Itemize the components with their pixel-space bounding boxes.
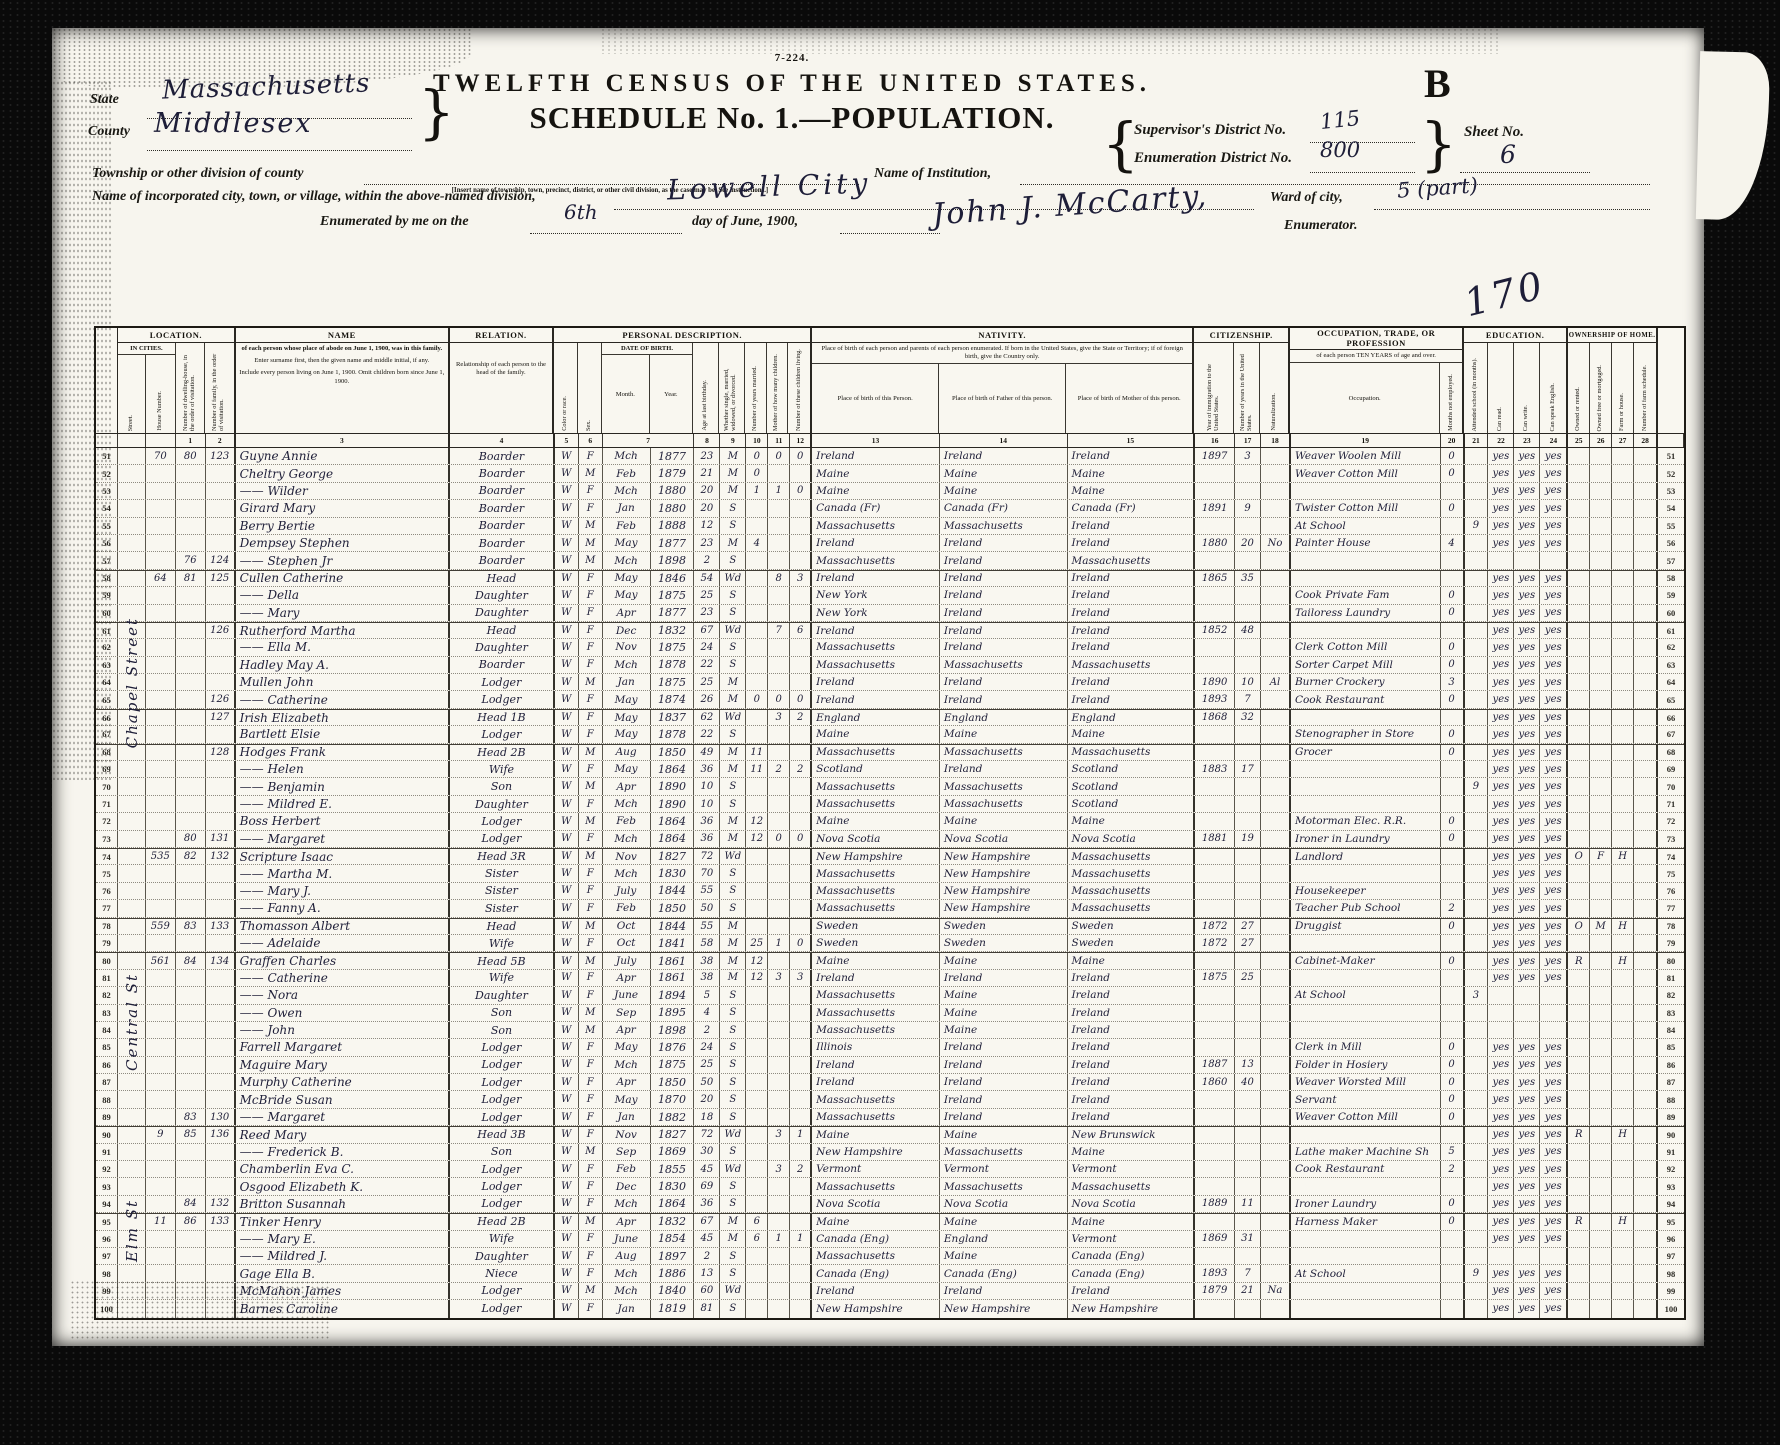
cell-na: [1261, 1144, 1291, 1160]
cell-mc: [768, 465, 790, 481]
cell-s: F: [579, 483, 603, 499]
cell-age: 25: [694, 1057, 720, 1073]
cell-name: —— Mary: [236, 605, 450, 621]
cell-cl: [790, 883, 812, 899]
enumerated-line1: [530, 233, 682, 234]
cell-own: O: [1568, 849, 1590, 864]
cell-en: yes: [1540, 953, 1568, 968]
cell-age: 72: [694, 849, 720, 864]
cell-mn: [1441, 518, 1465, 534]
cell-dw: [176, 1144, 206, 1160]
cell-na: [1261, 1248, 1291, 1264]
immigration-year-col-label: Year of immigration to the United States…: [1207, 347, 1221, 431]
cell-age: 24: [694, 1039, 720, 1055]
cell-own: [1568, 831, 1590, 847]
cell-c: W: [555, 831, 579, 847]
cell-st: [118, 900, 146, 916]
cell-ym: [746, 849, 768, 864]
cell-ym: [746, 1196, 768, 1212]
cell-en: yes: [1540, 518, 1568, 534]
cell-yu: 35: [1235, 571, 1261, 586]
cell-yr: 1827: [651, 1127, 695, 1142]
cell-pb: Canada (Eng): [812, 1231, 940, 1247]
cell-na: [1261, 1178, 1291, 1194]
cell-na: [1261, 1300, 1291, 1317]
column-number: 23: [1514, 434, 1540, 447]
cell-rd: yes: [1488, 1144, 1514, 1160]
cell-hn: [146, 710, 176, 725]
cell-mo: Apr: [603, 1074, 651, 1090]
cell-im: 1883: [1195, 761, 1235, 777]
cell-own: [1568, 1300, 1590, 1317]
cell-mn: 0: [1441, 831, 1465, 847]
cell-ym: [746, 500, 768, 516]
column-number: 28: [1634, 434, 1658, 447]
cell-lnr: 98: [1658, 1265, 1684, 1281]
cell-pf: Maine: [940, 1248, 1068, 1264]
cell-sc: [1465, 483, 1489, 499]
cell-sc: [1465, 865, 1489, 881]
cell-pb: Massachusetts: [812, 1091, 940, 1107]
cell-fs: [1634, 1178, 1658, 1194]
cell-rel: Boarder: [450, 657, 555, 673]
cell-ym: 6: [746, 1231, 768, 1247]
cell-rd: yes: [1488, 849, 1514, 864]
cell-na: [1261, 1196, 1291, 1212]
relation-header: RELATION.: [450, 328, 552, 343]
month-col-label: Month.: [602, 355, 650, 433]
cell-own: [1568, 745, 1590, 760]
cell-wr: [1514, 1022, 1540, 1038]
cell-mc: 2: [768, 761, 790, 777]
cell-lnr: 84: [1658, 1022, 1684, 1038]
cell-s: M: [579, 518, 603, 534]
cell-pb: Canada (Fr): [812, 500, 940, 516]
cell-sc: [1465, 1005, 1489, 1021]
pob-mother-col-label: Place of birth of Mother of this person.: [1066, 364, 1192, 433]
cell-name: —— Ella M.: [236, 639, 450, 655]
cell-own: [1568, 1231, 1590, 1247]
cell-rel: Head: [450, 571, 555, 586]
cell-wr: yes: [1514, 535, 1540, 551]
cell-lnr: 81: [1658, 970, 1684, 986]
cell-wr: yes: [1514, 623, 1540, 638]
cell-yr: 1879: [651, 465, 695, 481]
cell-na: [1261, 970, 1291, 986]
cell-en: yes: [1540, 726, 1568, 742]
cell-fs: [1634, 483, 1658, 499]
years-married-col-label: Number of years married.: [752, 366, 759, 431]
cell-fh: [1612, 1283, 1634, 1299]
cell-mc: [768, 1178, 790, 1194]
cell-age: 18: [694, 1109, 720, 1125]
cell-lnr: 59: [1658, 587, 1684, 603]
cell-cl: [790, 1057, 812, 1073]
cell-age: 58: [694, 935, 720, 951]
relation-desc: Relationship of each person to the head …: [450, 359, 552, 379]
cell-lnl: 82: [96, 987, 118, 1003]
cell-fh: [1612, 1231, 1634, 1247]
cell-ym: [746, 605, 768, 621]
cell-mo: May: [603, 710, 651, 725]
cell-lnl: 89: [96, 1109, 118, 1125]
cell-fh: [1612, 865, 1634, 881]
cell-m: S: [720, 778, 746, 794]
cell-dw: [176, 710, 206, 725]
cell-cl: [790, 1091, 812, 1107]
census-row: 68128Hodges FrankHead 2BWMAug185049M11Ma…: [96, 744, 1684, 761]
cell-yr: 1850: [651, 1074, 695, 1090]
cell-of: [1590, 571, 1612, 586]
cell-im: 1893: [1195, 691, 1235, 707]
cell-lnr: 99: [1658, 1283, 1684, 1299]
cell-hn: [146, 1109, 176, 1125]
cell-en: yes: [1540, 500, 1568, 516]
cell-mo: Mch: [603, 1196, 651, 1212]
cell-fam: 133: [206, 1214, 236, 1229]
cell-pm: New Brunswick: [1068, 1127, 1196, 1142]
cell-rd: [1488, 1022, 1514, 1038]
cell-mn: 0: [1441, 726, 1465, 742]
cell-hn: [146, 657, 176, 673]
cell-lnr: 61: [1658, 623, 1684, 638]
cell-yu: [1235, 1091, 1261, 1107]
cell-dw: [176, 500, 206, 516]
cell-hn: [146, 623, 176, 638]
cell-yu: 7: [1235, 1265, 1261, 1281]
cell-fam: [206, 813, 236, 829]
cell-mc: [768, 745, 790, 760]
cell-rd: yes: [1488, 796, 1514, 812]
cell-fh: [1612, 500, 1634, 516]
ownership-header: OWNERSHIP OF HOME.: [1568, 328, 1656, 343]
cell-pm: Maine: [1068, 465, 1196, 481]
cell-mc: [768, 987, 790, 1003]
cell-pm: Ireland: [1068, 1074, 1196, 1090]
cell-mn: 0: [1441, 465, 1465, 481]
cell-occ: Teacher Pub School: [1291, 900, 1441, 916]
cell-mo: Mch: [603, 1265, 651, 1281]
cell-wr: yes: [1514, 571, 1540, 586]
cell-im: [1195, 518, 1235, 534]
cell-wr: yes: [1514, 1283, 1540, 1299]
cell-mc: [768, 726, 790, 742]
cell-wr: [1514, 1248, 1540, 1264]
col-group-citizenship: CITIZENSHIP. Year of immigration to the …: [1194, 328, 1290, 433]
cell-dw: 85: [176, 1127, 206, 1142]
cell-pm: Ireland: [1068, 623, 1196, 638]
cell-na: Na: [1261, 1283, 1291, 1299]
cell-dw: 80: [176, 448, 206, 464]
cell-en: [1540, 1005, 1568, 1021]
cell-m: Wd: [720, 571, 746, 586]
cell-name: —— Owen: [236, 1005, 450, 1021]
cell-yr: 1880: [651, 483, 695, 499]
cell-en: yes: [1540, 919, 1568, 934]
cell-own: [1568, 1091, 1590, 1107]
cell-en: yes: [1540, 571, 1568, 586]
cell-rd: yes: [1488, 448, 1514, 464]
cell-fh: [1612, 1091, 1634, 1107]
cell-ym: [746, 571, 768, 586]
cell-dw: [176, 518, 206, 534]
cell-dw: [176, 813, 206, 829]
cell-c: W: [555, 1248, 579, 1264]
cell-own: [1568, 710, 1590, 725]
cell-dw: [176, 1231, 206, 1247]
cell-m: M: [720, 1231, 746, 1247]
cell-hn: [146, 778, 176, 794]
cell-lnr: 85: [1658, 1039, 1684, 1055]
cell-na: [1261, 745, 1291, 760]
cell-mo: Feb: [603, 900, 651, 916]
cell-own: [1568, 883, 1590, 899]
census-row: 8983130—— MargaretLodgerWFJan188218SMass…: [96, 1109, 1684, 1126]
cell-c: W: [555, 883, 579, 899]
cell-pm: Maine: [1068, 1214, 1196, 1229]
cell-fh: [1612, 710, 1634, 725]
cell-rel: Boarder: [450, 552, 555, 568]
cell-yu: 7: [1235, 691, 1261, 707]
sex-col-label: Sex.: [586, 420, 593, 431]
cell-sc: [1465, 448, 1489, 464]
cell-of: [1590, 1057, 1612, 1073]
cell-rel: Lodger: [450, 1161, 555, 1177]
cell-rd: [1488, 987, 1514, 1003]
cell-ym: 12: [746, 813, 768, 829]
cell-name: Irish Elizabeth: [236, 710, 450, 725]
cell-lnl: 77: [96, 900, 118, 916]
cell-en: yes: [1540, 657, 1568, 673]
cell-mn: 0: [1441, 1039, 1465, 1055]
census-row: 7855983133Thomasson AlbertHeadWMOct18445…: [96, 918, 1684, 935]
cell-mo: Feb: [603, 1161, 651, 1177]
cell-pf: Ireland: [940, 1091, 1068, 1107]
can-speak-english-col-label: Can speak English.: [1550, 383, 1557, 431]
cell-hn: [146, 883, 176, 899]
cell-occ: Housekeeper: [1291, 883, 1441, 899]
cell-cl: [790, 1039, 812, 1055]
cell-dw: 83: [176, 1109, 206, 1125]
cell-rel: Sister: [450, 883, 555, 899]
cell-st: [118, 813, 146, 829]
cell-dw: [176, 1248, 206, 1264]
district-brace-close: }: [1420, 110, 1457, 178]
cell-ym: [746, 710, 768, 725]
cell-fs: [1634, 935, 1658, 951]
cell-yu: [1235, 1161, 1261, 1177]
cell-own: [1568, 1283, 1590, 1299]
cell-cl: 2: [790, 761, 812, 777]
cell-lnr: 62: [1658, 639, 1684, 655]
cell-age: 50: [694, 900, 720, 916]
occupation-desc: of each person TEN YEARS of age and over…: [1290, 350, 1462, 363]
cell-mn: [1441, 1265, 1465, 1281]
cell-mc: [768, 778, 790, 794]
census-row: 66127Irish ElizabethHead 1BWFMay183762Wd…: [96, 709, 1684, 726]
cell-lnr: 57: [1658, 552, 1684, 568]
cell-pb: Illinois: [812, 1039, 940, 1055]
column-number: 17: [1235, 434, 1261, 447]
cell-ym: 1: [746, 483, 768, 499]
cell-mc: 3: [768, 1161, 790, 1177]
cell-yu: [1235, 552, 1261, 568]
cell-lnr: 77: [1658, 900, 1684, 916]
cell-pf: Ireland: [940, 571, 1068, 586]
cell-im: [1195, 865, 1235, 881]
cell-pf: Massachusetts: [940, 1144, 1068, 1160]
cell-occ: At School: [1291, 987, 1441, 1003]
cell-fh: [1612, 448, 1634, 464]
cell-im: 1890: [1195, 674, 1235, 690]
cell-en: yes: [1540, 1231, 1568, 1247]
cell-wr: [1514, 987, 1540, 1003]
cell-lnl: 74: [96, 849, 118, 864]
cell-yu: [1235, 1109, 1261, 1125]
census-row: 98Gage Ella B.NieceWFMch188613SCanada (E…: [96, 1265, 1684, 1282]
cell-dw: [176, 1039, 206, 1055]
cell-fs: [1634, 1091, 1658, 1107]
cell-c: W: [555, 1074, 579, 1090]
cell-mc: 8: [768, 571, 790, 586]
cell-lnr: 76: [1658, 883, 1684, 899]
cell-ym: [746, 674, 768, 690]
col-group-location: LOCATION. IN CITIES. Street. House Numbe…: [118, 328, 236, 433]
cell-rel: Lodger: [450, 1091, 555, 1107]
cell-im: 1869: [1195, 1231, 1235, 1247]
cell-fh: [1612, 970, 1634, 986]
cell-name: —— Mildred E.: [236, 796, 450, 812]
cell-c: W: [555, 813, 579, 829]
census-row: 9484132Britton SusannahLodgerWFMch186436…: [96, 1196, 1684, 1213]
cell-yr: 1855: [651, 1161, 695, 1177]
cell-pb: Ireland: [812, 535, 940, 551]
cell-fam: [206, 761, 236, 777]
location-header: LOCATION.: [118, 328, 234, 343]
cell-mn: [1441, 987, 1465, 1003]
cell-age: 20: [694, 500, 720, 516]
cell-pb: Massachusetts: [812, 552, 940, 568]
cell-pf: Ireland: [940, 605, 1068, 621]
cell-fs: [1634, 605, 1658, 621]
cell-hn: [146, 813, 176, 829]
cell-yu: 32: [1235, 710, 1261, 725]
cell-m: S: [720, 987, 746, 1003]
cell-lnr: 78: [1658, 919, 1684, 934]
census-row: 75—— Martha M.SisterWFMch183070SMassachu…: [96, 865, 1684, 882]
cell-lnr: 75: [1658, 865, 1684, 881]
cell-name: —— Margaret: [236, 831, 450, 847]
cell-s: M: [579, 465, 603, 481]
pob-person-col-label: Place of birth of this Person.: [812, 364, 939, 433]
cell-name: —— Mary J.: [236, 883, 450, 899]
cell-age: 25: [694, 674, 720, 690]
cell-pm: Massachusetts: [1068, 1178, 1196, 1194]
street-name-text: Chapel Street: [123, 617, 141, 748]
cell-en: [1540, 987, 1568, 1003]
cell-fam: [206, 587, 236, 603]
cell-pb: Vermont: [812, 1161, 940, 1177]
cell-s: F: [579, 970, 603, 986]
city-label: Name of incorporated city, town, or vill…: [92, 189, 536, 205]
cell-own: [1568, 726, 1590, 742]
cell-age: 81: [694, 1300, 720, 1317]
cell-im: [1195, 1144, 1235, 1160]
cell-of: [1590, 518, 1612, 534]
cell-pf: Canada (Fr): [940, 500, 1068, 516]
cell-im: 1865: [1195, 571, 1235, 586]
census-row: 96—— Mary E.WifeWFJune185445M611Canada (…: [96, 1231, 1684, 1248]
census-row: 77—— Fanny A.SisterWFFeb185050SMassachus…: [96, 900, 1684, 917]
cell-dw: [176, 1022, 206, 1038]
cell-own: [1568, 1074, 1590, 1090]
cell-fs: [1634, 883, 1658, 899]
cell-yr: 1841: [651, 935, 695, 951]
cell-lnl: 86: [96, 1057, 118, 1073]
cell-pb: Maine: [812, 813, 940, 829]
cell-rd: yes: [1488, 1231, 1514, 1247]
cell-age: 45: [694, 1231, 720, 1247]
sheet-line: [1460, 172, 1590, 173]
cell-s: F: [579, 935, 603, 951]
cell-rd: [1488, 1248, 1514, 1264]
cell-yr: 1876: [651, 1039, 695, 1055]
cell-mn: 0: [1441, 500, 1465, 516]
attended-school-col-label: Attended school (in months).: [1472, 358, 1479, 431]
cell-rd: yes: [1488, 1091, 1514, 1107]
cell-age: 70: [694, 865, 720, 881]
cell-sc: [1465, 1091, 1489, 1107]
cell-c: W: [555, 1127, 579, 1142]
cell-ym: [746, 1022, 768, 1038]
year-col-label: Year.: [650, 355, 692, 433]
column-number: 19: [1291, 434, 1441, 447]
cell-fam: [206, 865, 236, 881]
cell-im: [1195, 796, 1235, 812]
cell-name: —— Frederick B.: [236, 1144, 450, 1160]
cell-pm: Maine: [1068, 953, 1196, 968]
cell-mn: [1441, 1127, 1465, 1142]
cell-c: W: [555, 900, 579, 916]
census-row: 62—— Ella M.DaughterWFNov187524SMassachu…: [96, 639, 1684, 656]
cell-fs: [1634, 1144, 1658, 1160]
cell-lnr: 52: [1658, 465, 1684, 481]
cell-pm: Massachusetts: [1068, 849, 1196, 864]
cell-im: 1860: [1195, 1074, 1235, 1090]
column-number: 22: [1488, 434, 1514, 447]
cell-pf: Ireland: [940, 552, 1068, 568]
cell-ym: 12: [746, 953, 768, 968]
cell-s: M: [579, 745, 603, 760]
cell-s: F: [579, 883, 603, 899]
cell-ym: [746, 1091, 768, 1107]
cell-occ: Painter House: [1291, 535, 1441, 551]
cell-age: 26: [694, 691, 720, 707]
cell-en: yes: [1540, 796, 1568, 812]
cell-occ: Harness Maker: [1291, 1214, 1441, 1229]
cell-yr: 1875: [651, 674, 695, 690]
cell-mc: [768, 1039, 790, 1055]
cell-cl: [790, 500, 812, 516]
cell-rd: yes: [1488, 657, 1514, 673]
cell-sc: [1465, 813, 1489, 829]
cell-rel: Daughter: [450, 987, 555, 1003]
free-mortgaged-col-label: Owned free or mortgaged.: [1597, 365, 1604, 431]
cell-c: W: [555, 448, 579, 464]
census-row: 87Murphy CatherineLodgerWFApr185050SIrel…: [96, 1074, 1684, 1091]
cell-mn: 0: [1441, 813, 1465, 829]
cell-pf: Sweden: [940, 935, 1068, 951]
